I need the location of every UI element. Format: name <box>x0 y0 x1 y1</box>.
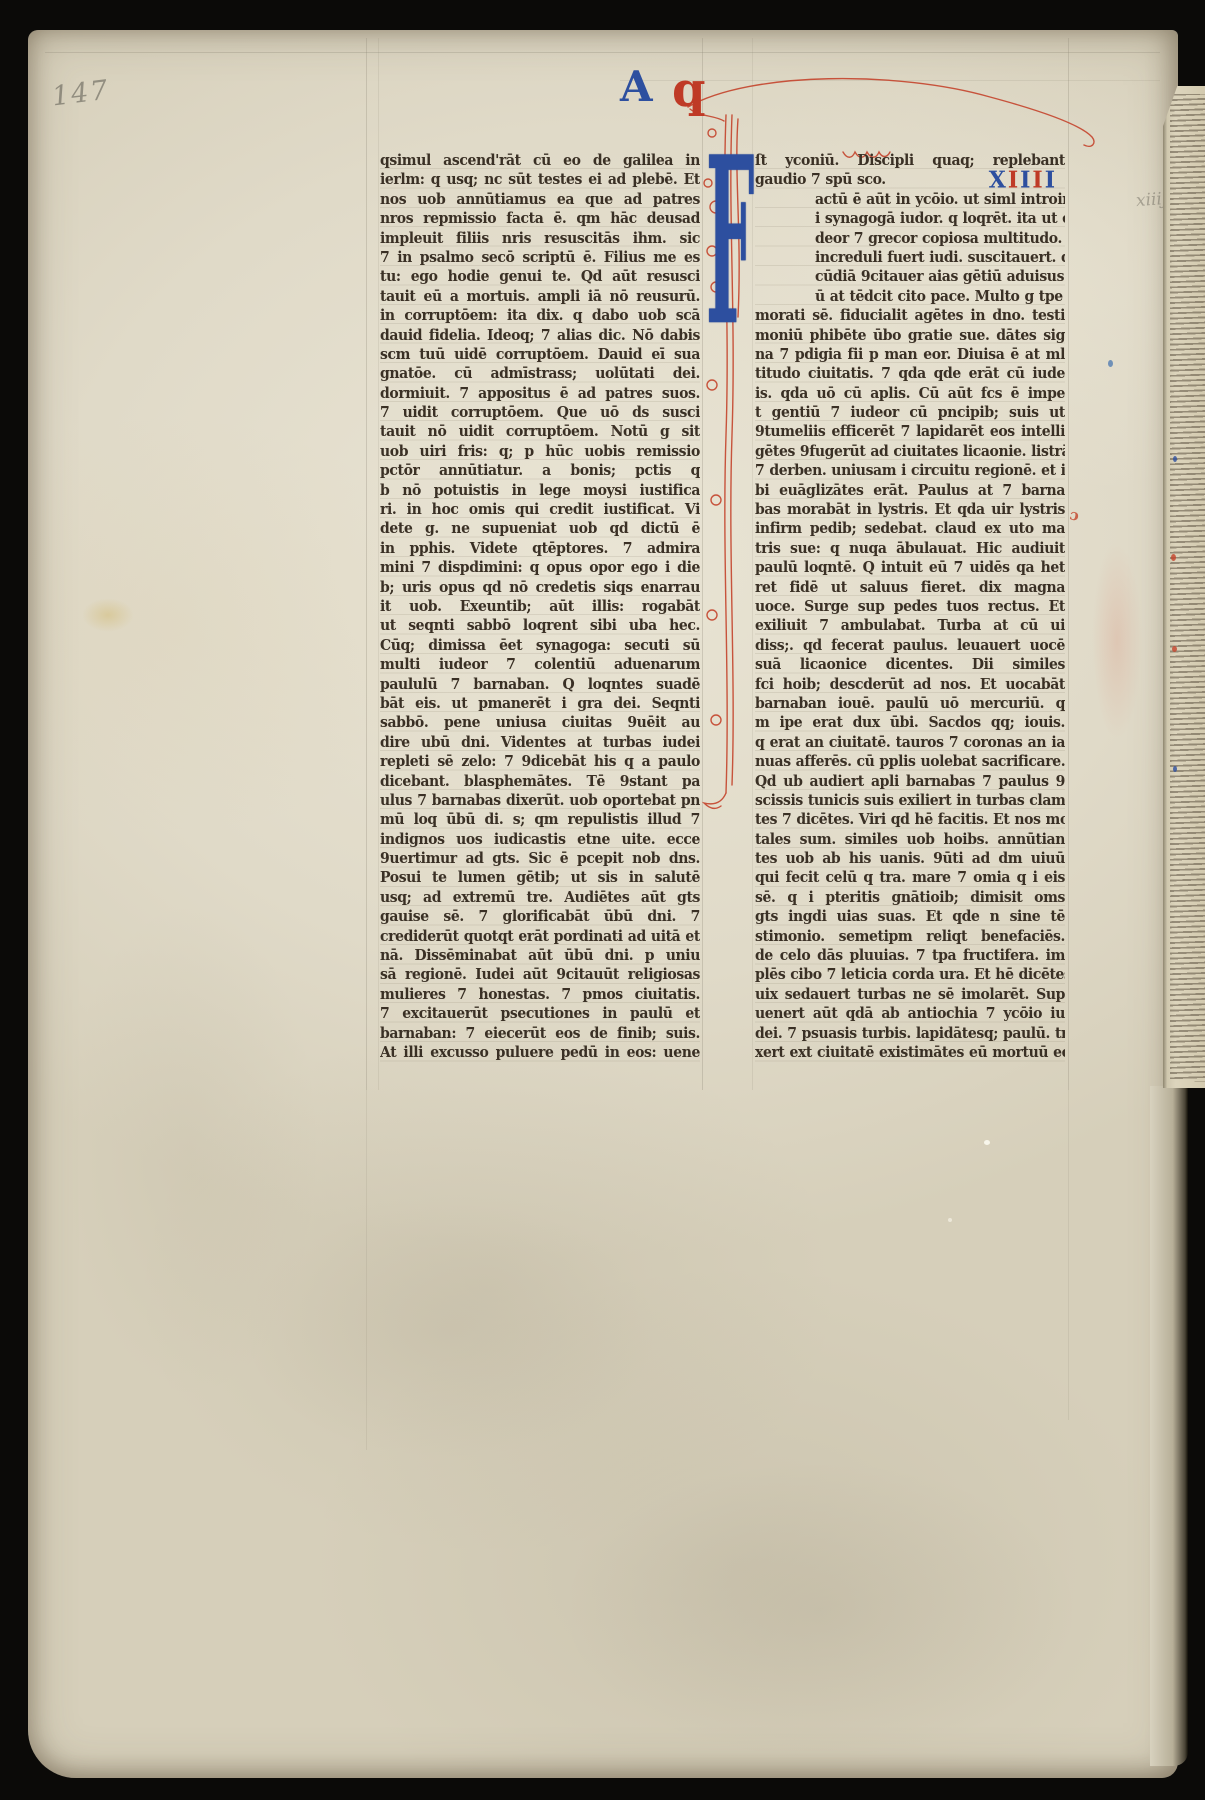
text-line: scm tuū uidē corruptōem. Dauid eī sua <box>380 346 700 366</box>
text-line: barnaban: 7 eiecerūt eos de finib; suis. <box>380 1024 700 1044</box>
text-line: At illi excusso puluere pedū in eos: uen… <box>380 1044 700 1064</box>
text-line: Posui te lumen gētib; ut sis in salutē <box>380 869 700 889</box>
text-line: tes 7 dicētes. Viri qd hē facitis. Et no… <box>755 811 1065 831</box>
text-line: m ipe erat dux ūbi. Sacdos qq; iouis. <box>755 714 1065 734</box>
text-line: bi euāglizātes erāt. Paulus at 7 barna <box>755 481 1065 501</box>
text-line: nuas afferēs. cū pplis uolebat sacrifica… <box>755 753 1065 773</box>
text-line: uoce. Surge sup pedes tuos rectus. Et <box>755 598 1065 618</box>
text-line: uenert aūt qdā ab antiochia 7 ycōio iu <box>755 1005 1065 1025</box>
text-line: bas morabāt in lystris. Et qda uir lystr… <box>755 501 1065 521</box>
text-line: repleti sē zelo: 7 9dicebāt his q a paul… <box>380 753 700 773</box>
chapter-numeral-letter: I <box>1008 171 1020 191</box>
text-line: nros repmissio facta ē. qm hāc deusad <box>380 210 700 230</box>
text-line: dicebant. blasphemātes. Tē 9stant pa <box>380 772 700 792</box>
text-line: fci hoib; descderūt ad nos. Et uocabāt <box>755 675 1065 695</box>
text-line: 9tumeliis efficerēt 7 lapidarēt eos inte… <box>755 423 1065 443</box>
left-text-column: qsimul ascend'rāt cū eo de galilea inier… <box>380 152 700 1063</box>
text-line: qui fecit celū q tra. mare 7 omia q i ei… <box>755 869 1065 889</box>
text-line: sā regionē. Iudei aūt 9citauūt religiosa… <box>380 966 700 986</box>
ruling-line-vertical-right-extension <box>1068 1090 1069 1420</box>
chapter-numeral: XIIII <box>987 171 1063 191</box>
text-line: tauit eū a mortuis. ampli iā nō reusurū. <box>380 287 700 307</box>
text-line: tris sue: q nuqa ābulauat. Hic audiuit <box>755 539 1065 559</box>
chapter-numeral-letter: I <box>1045 171 1057 191</box>
text-line: moniū phibēte ūbo gratie sue. dātes sig <box>755 326 1065 346</box>
facing-page-edge <box>1163 86 1205 1088</box>
facing-page-red-initial <box>1172 646 1177 652</box>
text-line: in corruptōem: ita dix. q dabo uob scā <box>380 307 700 327</box>
chapter-numeral-letter: I <box>1032 171 1044 191</box>
text-line: titudo ciuitatis. 7 qda qde erāt cū iude <box>755 365 1065 385</box>
text-line: impleuit filiis nris resuscitās ihm. sic <box>380 229 700 249</box>
manuscript-photo: { "page": { "folio_number_pencil": "147"… <box>0 0 1205 1800</box>
ruling-line-vertical-gutter-right <box>752 38 753 1090</box>
text-line: bāt eis. ut pmanerēt i gra dei. Seqnti <box>380 695 700 715</box>
text-line: tes uob ab his uanis. 9ūti ad dm uiuū <box>755 850 1065 870</box>
text-line: mini 7 dispdimini: q opus opor ego i die <box>380 559 700 579</box>
right-text-column: ſt yconiū. Discipli quaq; replebant gaud… <box>755 152 1065 1063</box>
text-line: gnatōe. cū admīstrass; uolūtati dei. <box>380 365 700 385</box>
text-line: ū at tēdcit cito pace. Multo g tpe de <box>815 287 1065 307</box>
text-line: multi iudeor 7 colentiū aduenarum <box>380 656 700 676</box>
text-line: ut seqnti sabbō loqrent sibi uba hec. <box>380 617 700 637</box>
text-line: tu: ego hodie genui te. Qd aūt resusci <box>380 268 700 288</box>
text-line: indignos uos iudicastis etne uite. ecce <box>380 830 700 850</box>
text-line: Cūq; dimissa ēet synagoga: secuti sū <box>380 636 700 656</box>
text-line: ret fidē ut saluus fieret. dix magna <box>755 578 1065 598</box>
text-line: ri. in hoc omis qui credit iustificat. V… <box>380 501 700 521</box>
text-line: 7 excitauerūt psecutiones in paulū et <box>380 1005 700 1025</box>
running-header-letter-a: A <box>620 62 653 111</box>
text-line: diss;. qd fecerat paulus. leuauert uocē <box>755 636 1065 656</box>
text-line: morati sē. fiducialit agētes in dno. tes… <box>755 307 1065 327</box>
text-line: uob uiri fris: q; p hūc uobis remissio <box>380 442 700 462</box>
text-line: deor 7 grecor copiosa multitudo. Q uō <box>815 229 1065 249</box>
text-line: paululū 7 barnaban. Q loqntes suadē <box>380 675 700 695</box>
text-line: mū loq ūbū di. s; qm repulistis illud 7 <box>380 811 700 831</box>
text-line: gētes 9fugerūt ad ciuitates licaonie. li… <box>755 442 1065 462</box>
text-line: ierlm: q usq; nc sūt testes ei ad plebē.… <box>380 171 700 191</box>
text-line: in pphis. Videte qtēptores. 7 admira <box>380 539 700 559</box>
right-column-body-lines: morati sē. fiducialit agētes in dno. tes… <box>755 307 1065 1063</box>
text-line: 9uertimur ad gts. Sic ē pcepit nob dns. <box>380 850 700 870</box>
text-line: pctōr annūtiatur. a bonis; pctis q <box>380 462 700 482</box>
facing-page-blue-initial <box>1173 766 1177 772</box>
ruling-line-vertical-gutter-left <box>702 38 703 1090</box>
text-line: it uob. Exeuntib; aūt illis: rogabāt <box>380 598 700 618</box>
text-line: suā licaonice dicentes. Dii similes <box>755 656 1065 676</box>
parchment-speck <box>948 1218 952 1222</box>
text-line: exiliuit 7 ambulabat. Turba at cū ui <box>755 617 1065 637</box>
ruling-line-vertical-left <box>366 38 367 1090</box>
text-line: nā. Dissēminabat aūt ūbū dni. p uniu <box>380 947 700 967</box>
text-line: 7 derben. uniusam i circuitu regionē. et… <box>755 462 1065 482</box>
text-line: mulieres 7 honestas. 7 pmos ciuitatis. <box>380 985 700 1005</box>
text-line: sē. q i pteritis gnātioib; dimisit oms <box>755 888 1065 908</box>
ruling-line-vertical-left-extension <box>366 1090 367 1450</box>
text-line: 7 in psalmo secō scriptū ē. Filius me es <box>380 249 700 269</box>
text-line: actū ē aūt in ycōio. ut siml introirēt <box>815 190 1065 210</box>
text-line: barnaban iouē. paulū uō mercuriū. q <box>755 695 1065 715</box>
text-line: i synagogā iudor. q loqrēt. ita ut crede… <box>815 210 1065 230</box>
text-line: dauid fidelia. Ideoq; 7 alias dic. Nō da… <box>380 326 700 346</box>
page-lower-fore-edge <box>1150 1086 1188 1766</box>
text-line: ulus 7 barnabas dixerūt. uob oportebat p… <box>380 792 700 812</box>
ruling-line-horizontal-top <box>45 52 1160 53</box>
text-line: q erat an ciuitatē. tauros 7 coronas an … <box>755 733 1065 753</box>
text-line: stimonio. semetipm reliqt benefaciēs. <box>755 927 1065 947</box>
text-line: nos uob annūtiamus ea que ad patres <box>380 190 700 210</box>
text-line: dire ubū dni. Videntes at turbas iudei <box>380 733 700 753</box>
running-header-letter-q: q <box>672 62 706 118</box>
text-line: uix sedauert turbas ne sē imolarēt. Sup <box>755 985 1065 1005</box>
parchment-speck <box>984 1140 990 1145</box>
text-line: paulū loqntē. Q intuit eū 7 uidēs qa het <box>755 559 1065 579</box>
chapter-numeral-letter: I <box>1020 171 1032 191</box>
text-line: crediderūt quotqt erāt pordinati ad uitā… <box>380 927 700 947</box>
text-line: b nō potuistis in lege moysi iustifica <box>380 481 700 501</box>
chapter-end-text: gaudio 7 spū sco. <box>755 171 886 191</box>
text-line: plēs cibo 7 leticia corda ura. Et hē dic… <box>755 966 1065 986</box>
text-line: gauise sē. 7 glorificabāt ūbū dni. 7 <box>380 908 700 928</box>
text-line: infirm pedib; sedebat. claud ex uto ma <box>755 520 1065 540</box>
text-line: t gentiū 7 iudeor cū pncipib; suis ut <box>755 404 1065 424</box>
text-line: ſt yconiū. Discipli quaq; replebant <box>755 152 1065 172</box>
text-line: gts ingdi uias suas. Et qde n sine tē <box>755 908 1065 928</box>
ruling-line-vertical-left-inner <box>378 38 379 1090</box>
facing-page-red-initial <box>1171 554 1176 561</box>
text-line: tales sum. similes uob hoibs. annūtian <box>755 830 1065 850</box>
facing-page-text-lines <box>1170 94 1205 1082</box>
text-line: dete g. ne supueniat uob qd dictū ē <box>380 520 700 540</box>
chapter-numeral-letter: X <box>989 171 1008 191</box>
text-line: dormiuit. 7 appositus ē ad patres suos. <box>380 384 700 404</box>
text-line: cūdiā 9citauer aias gētiū aduisus fris. … <box>815 268 1065 288</box>
text-line: is. qda uō cū aplis. Cū aūt fcs ē impe <box>755 384 1065 404</box>
text-line: xert ext ciuitatē existimātes eū mortuū … <box>755 1044 1065 1064</box>
text-line: Qd ub audiert apli barnabas 7 paulus 9 <box>755 772 1065 792</box>
text-line: increduli fuert iudi. suscitauert. q ad … <box>815 249 1065 269</box>
margin-chapter-note-pencil: xiiij <box>1135 189 1167 211</box>
text-line: 7 uidit corruptōem. Que uō ds susci <box>380 404 700 424</box>
text-line: usq; ad extremū tre. Audiētes aūt gts <box>380 888 700 908</box>
facing-page-blue-initial <box>1173 456 1177 462</box>
text-line: scissis tunicis suis exiliert in turbas … <box>755 792 1065 812</box>
text-line: de celo dās pluuias. 7 tpa fructifera. i… <box>755 947 1065 967</box>
text-line-with-chapter: gaudio 7 spū sco. XIIII <box>755 171 1065 191</box>
initial-indented-lines: actū ē aūt in ycōio. ut siml introirēti … <box>815 191 1065 307</box>
text-line: sabbō. pene uniusa ciuitas 9uēit au <box>380 714 700 734</box>
text-line: b; uris opus qd nō credetis siqs enarrau <box>380 578 700 598</box>
text-line: na 7 pdigia fii p man eor. Diuisa ē at m… <box>755 346 1065 366</box>
text-line: tauit nō uidit corruptōem. Notū g sit <box>380 423 700 443</box>
blue-ink-speck <box>1108 360 1113 367</box>
text-line: qsimul ascend'rāt cū eo de galilea in <box>380 152 700 172</box>
text-line: dei. 7 psuasis turbis. lapidātesq; paulū… <box>755 1024 1065 1044</box>
ruling-line-vertical-right <box>1068 38 1069 1090</box>
